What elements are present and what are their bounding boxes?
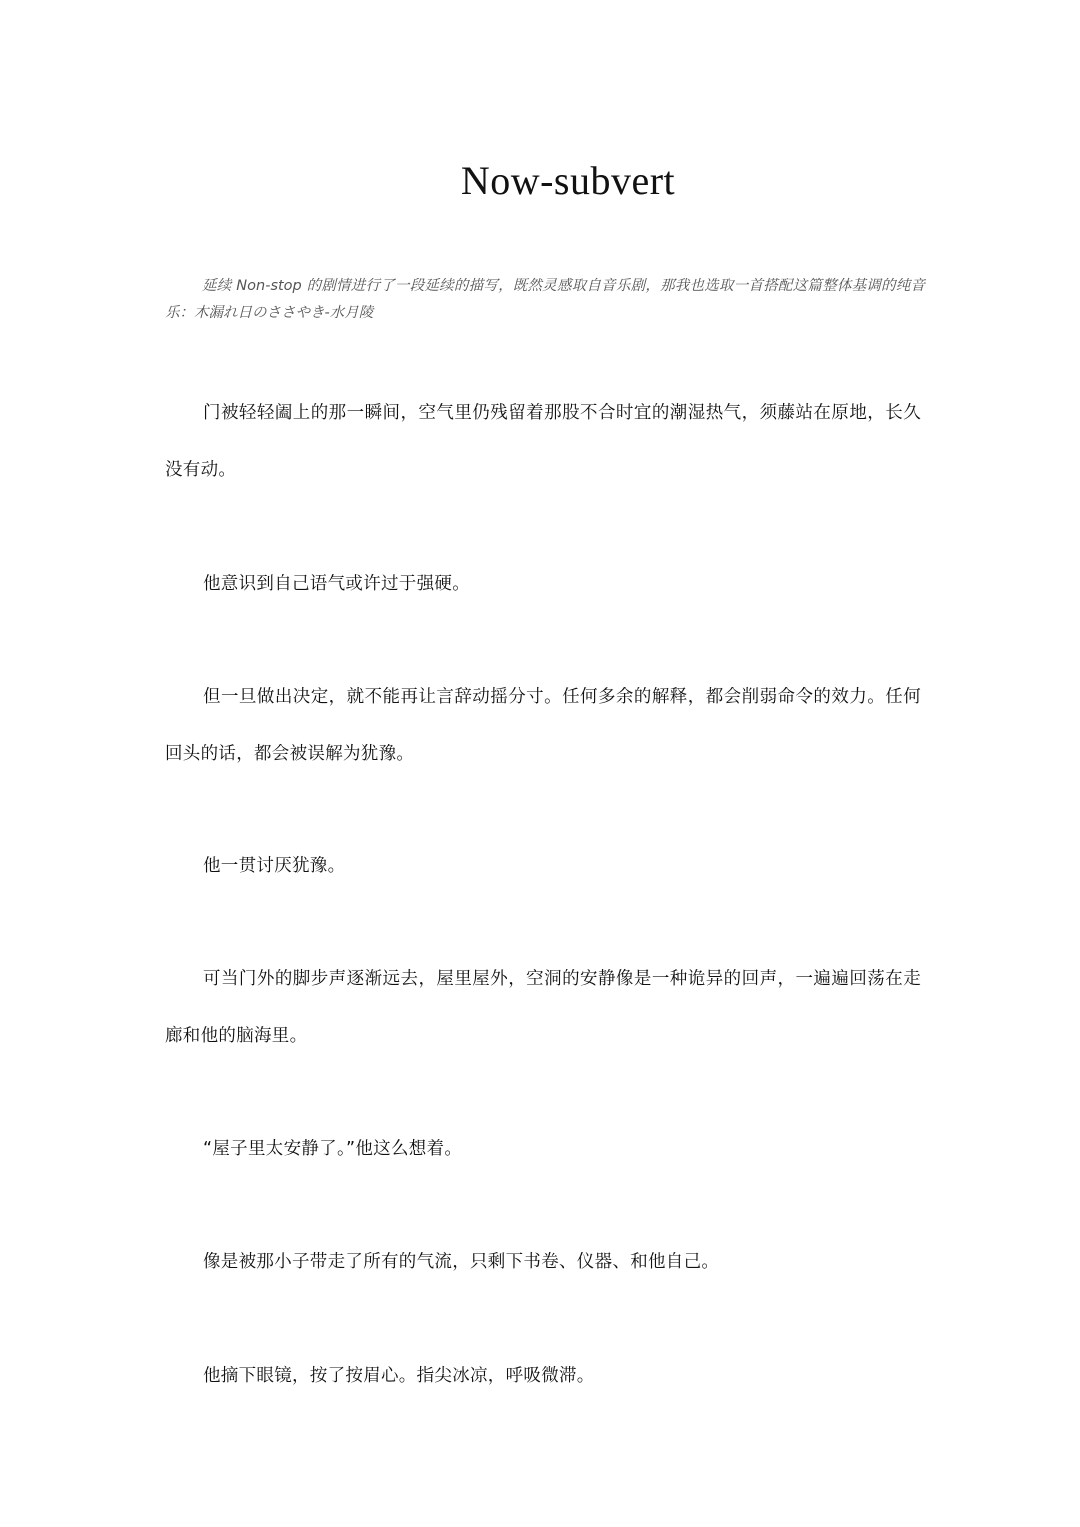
paragraph-3: 但一旦做出决定，就不能再让言辞动摇分寸。任何多余的解释，都会削弱命令的效力。任何… (165, 669, 921, 783)
paragraph-8: 他摘下眼镜，按了按眉心。指尖冰凉，呼吸微滞。 (165, 1348, 921, 1405)
document-title: Now-subvert (0, 155, 1080, 207)
paragraph-6: “屋子里太安静了。”他这么想着。 (165, 1121, 921, 1178)
author-note: 延续 Non-stop 的剧情进行了一段延续的描写，既然灵感取自音乐剧，那我也选… (165, 273, 925, 327)
document-page: Now-subvert 延续 Non-stop 的剧情进行了一段延续的描写，既然… (0, 0, 1080, 1527)
paragraph-7: 像是被那小子带走了所有的气流，只剩下书卷、仪器、和他自己。 (165, 1234, 921, 1291)
paragraph-1: 门被轻轻阖上的那一瞬间，空气里仍残留着那股不合时宜的潮湿热气，须藤站在原地，长久… (165, 385, 921, 499)
paragraph-5: 可当门外的脚步声逐渐远去，屋里屋外，空洞的安静像是一种诡异的回声，一遍遍回荡在走… (165, 951, 921, 1065)
paragraph-4: 他一贯讨厌犹豫。 (165, 838, 921, 895)
paragraph-2: 他意识到自己语气或许过于强硬。 (165, 556, 921, 613)
